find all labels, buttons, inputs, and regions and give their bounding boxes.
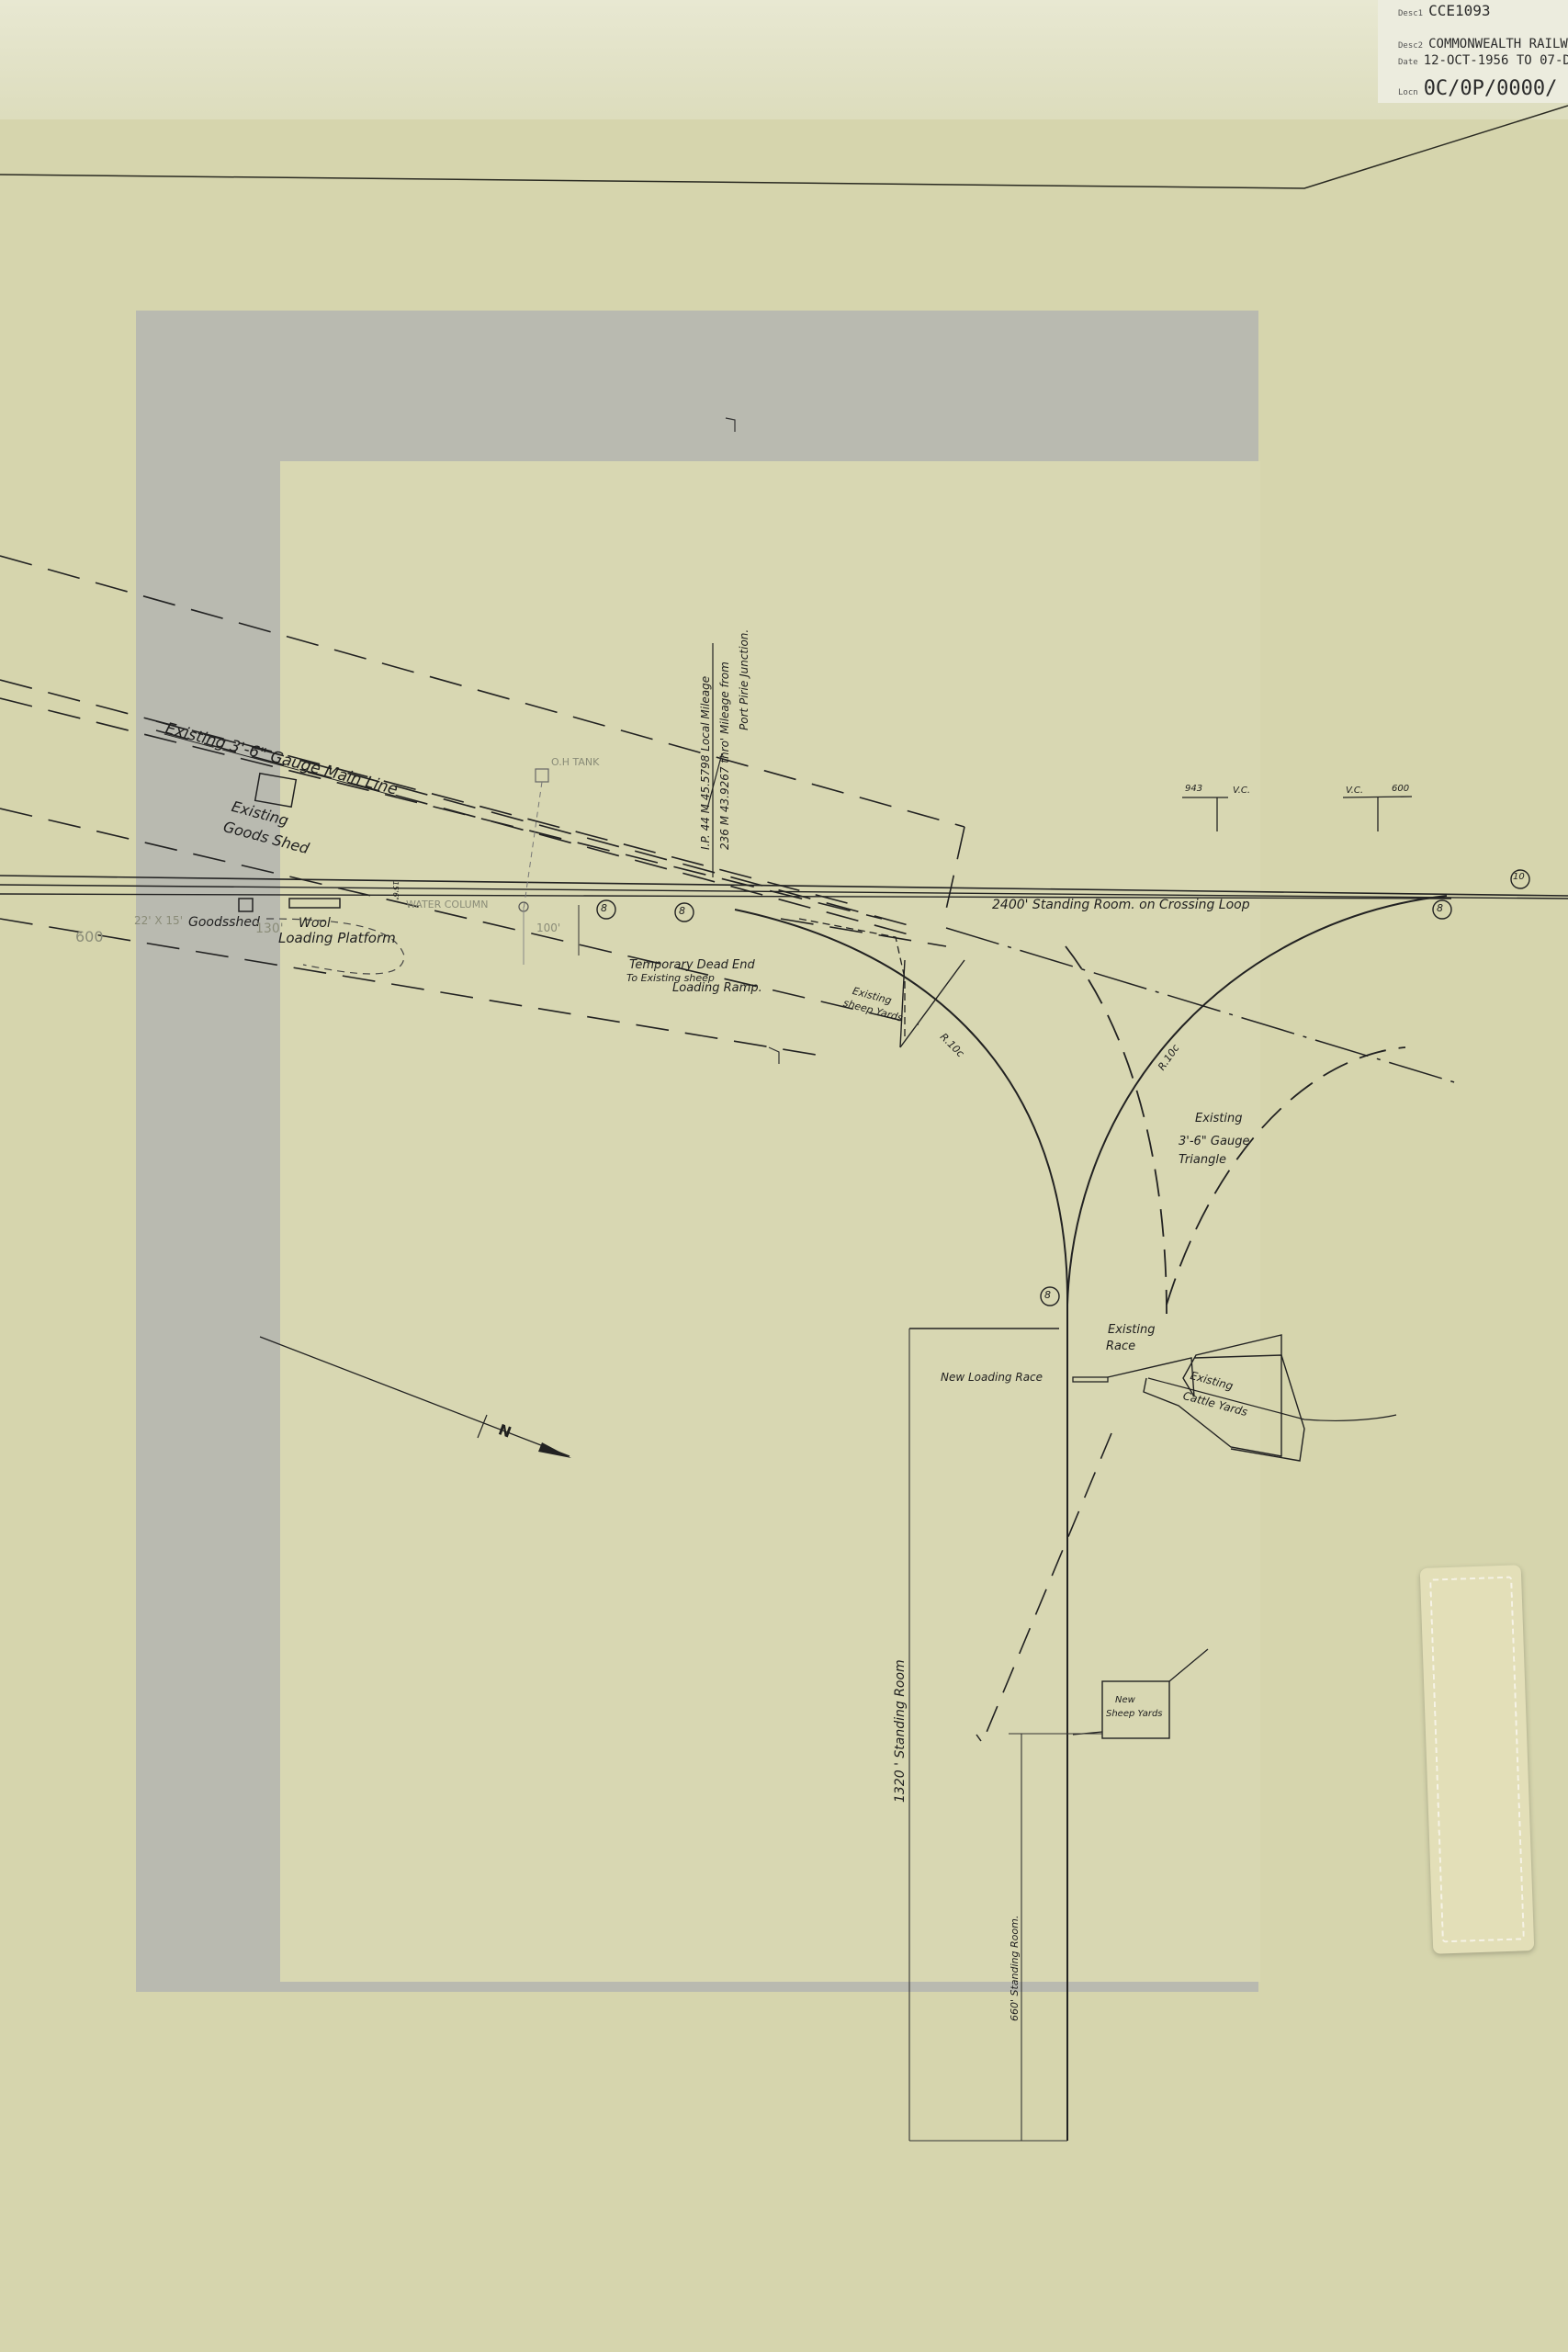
goodshed-size: 22' X 15' (134, 914, 183, 927)
vc-left-value: 943 (1185, 784, 1202, 794)
wool-platform-label-1: Wool (299, 916, 331, 931)
existing-race-label-1: Existing (1108, 1323, 1156, 1337)
new-loading-race-label: New Loading Race (941, 1371, 1043, 1384)
triangle-label-3: Triangle (1179, 1153, 1226, 1167)
vc-left-label: V.C. (1233, 786, 1250, 796)
mileage-line-3: Port Pirie Junction. (738, 629, 750, 730)
dimension-600: 600 (75, 928, 104, 945)
height-marker: 15'6" (391, 881, 400, 900)
standing-room-1320-label: 1320 ' Standing Room (893, 1659, 908, 1803)
vc-right-value: 600 (1392, 784, 1409, 794)
turnout-marker: 8 (601, 902, 607, 914)
goodshed-label: Goodsshed (188, 915, 260, 930)
temp-dead-end-label-3: Loading Ramp. (672, 981, 762, 995)
track-plan (0, 0, 1568, 2352)
water-column-label: WATER COLUMN (406, 899, 488, 910)
mileage-line-2: 236 M 43.9267 thro' Mileage from (718, 661, 731, 850)
new-sheep-yards-label-1: New (1115, 1695, 1135, 1705)
new-sheep-yards-label-2: Sheep Yards (1106, 1709, 1163, 1719)
vc-right-label: V.C. (1346, 786, 1363, 796)
mileage-line-1: I.P. 44 M 45.5798 Local Mileage (699, 676, 712, 850)
triangle-label-1: Existing (1195, 1112, 1243, 1125)
turnout-marker: 8 (679, 905, 685, 917)
temp-dead-end-label-1: Temporary Dead End (629, 958, 755, 972)
wool-platform-label-2: Loading Platform (278, 930, 396, 946)
turnout-marker: 8 (1044, 1289, 1051, 1301)
dimension-100: 100' (536, 922, 560, 934)
turnout-marker: 10 (1513, 872, 1525, 882)
standing-room-loop-label: 2400' Standing Room. on Crossing Loop (992, 898, 1250, 912)
triangle-label-2: 3'-6" Gauge (1179, 1135, 1249, 1148)
existing-race-label-2: Race (1106, 1340, 1135, 1353)
strap-stitching (1429, 1577, 1525, 1943)
standing-room-660-label: 660' Standing Room. (1009, 1916, 1021, 2021)
leather-weight (1420, 1565, 1535, 1954)
turnout-marker: 8 (1437, 902, 1443, 914)
oh-tank-label: O.H TANK (551, 756, 599, 768)
